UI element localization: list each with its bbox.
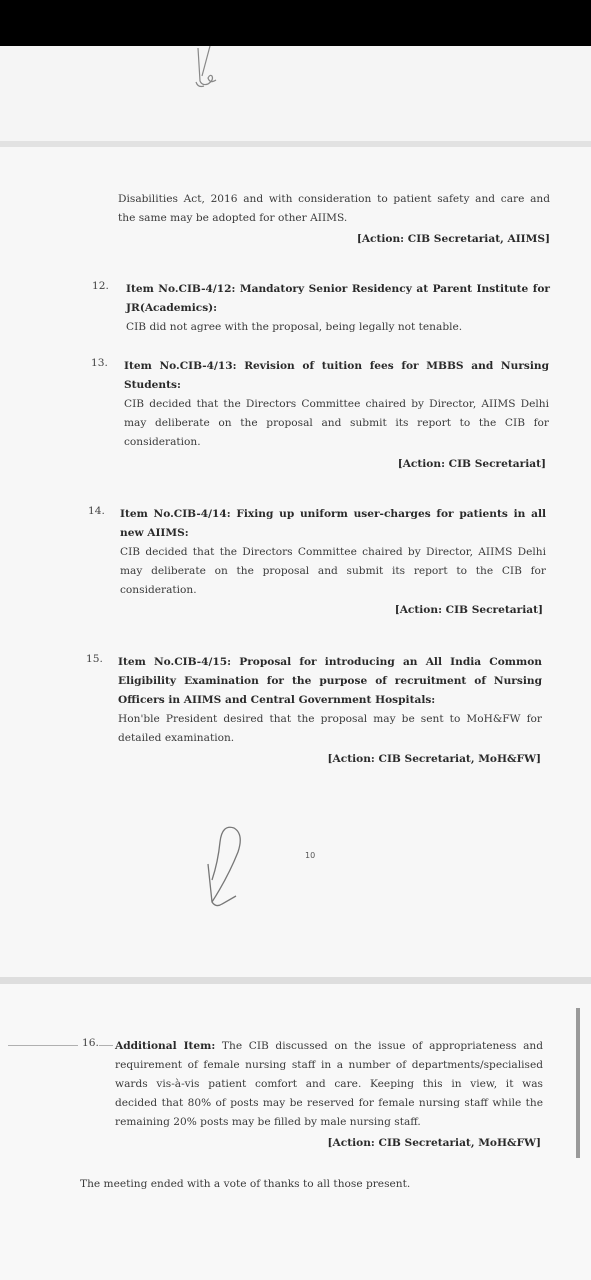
item-body: CIB decided that the Directors Committee…	[124, 395, 549, 414]
item-body: decided that 80% of posts may be reserve…	[115, 1094, 543, 1113]
item-body: requirement of female nursing staff in a…	[115, 1056, 543, 1075]
item-body: may deliberate on the proposal and submi…	[120, 562, 546, 581]
item-heading: new AIIMS:	[120, 524, 546, 543]
item-15: Item No.CIB-4/15: Proposal for introduci…	[118, 653, 542, 748]
item-heading: Item No.CIB-4/13: Revision of tuition fe…	[124, 357, 549, 376]
status-bar	[0, 0, 591, 46]
additional-item: Additional Item: The CIB discussed on th…	[115, 1037, 543, 1132]
item-14: Item No.CIB-4/14: Fixing up uniform user…	[120, 505, 546, 600]
action-note: [Action: CIB Secretariat, MoH&FW]	[328, 1137, 541, 1149]
item-body: remaining 20% posts may be filled by mal…	[115, 1113, 543, 1132]
paragraph-continuation: Disabilities Act, 2016 and with consider…	[118, 190, 550, 228]
document-page	[0, 984, 591, 1280]
item-number: 16.	[82, 1037, 99, 1049]
action-note: [Action: CIB Secretariat]	[395, 604, 543, 616]
item-number: 15.	[86, 653, 103, 665]
item-label: Additional Item:	[115, 1040, 215, 1052]
item-body: wards vis-à-vis patient comfort and care…	[115, 1075, 543, 1094]
item-text: The CIB discussed on the issue of approp…	[215, 1040, 543, 1052]
item-body: consideration.	[124, 433, 549, 452]
margin-line	[99, 1045, 113, 1046]
item-heading: JR(Academics):	[126, 299, 550, 318]
action-note: [Action: CIB Secretariat, MoH&FW]	[328, 753, 541, 765]
item-heading: Item No.CIB-4/12: Mandatory Senior Resid…	[126, 280, 550, 299]
margin-line	[8, 1045, 78, 1046]
item-body: may deliberate on the proposal and submi…	[124, 414, 549, 433]
page-number: 10	[305, 851, 315, 860]
item-body: CIB did not agree with the proposal, bei…	[126, 318, 550, 337]
item-number: 12.	[92, 280, 109, 292]
item-body: detailed examination.	[118, 729, 542, 748]
item-heading: Eligibility Examination for the purpose …	[118, 672, 542, 691]
item-body: consideration.	[120, 581, 546, 600]
page-separator	[0, 977, 591, 984]
scrollbar[interactable]	[576, 1008, 580, 1158]
item-heading: Students:	[124, 376, 549, 395]
action-note: [Action: CIB Secretariat, AIIMS]	[357, 233, 550, 245]
item-number: 13.	[91, 357, 108, 369]
text-line: the same may be adopted for other AIIMS.	[118, 209, 550, 228]
item-heading: Item No.CIB-4/14: Fixing up uniform user…	[120, 505, 546, 524]
closing-remark: The meeting ended with a vote of thanks …	[80, 1175, 410, 1194]
item-heading: Officers in AIIMS and Central Government…	[118, 691, 542, 710]
item-13: Item No.CIB-4/13: Revision of tuition fe…	[124, 357, 549, 452]
signature-icon	[190, 46, 250, 106]
item-12: Item No.CIB-4/12: Mandatory Senior Resid…	[126, 280, 550, 337]
text-line: Disabilities Act, 2016 and with consider…	[118, 190, 550, 209]
page-fragment-top	[0, 46, 591, 141]
signature-icon	[200, 822, 260, 912]
item-body: CIB decided that the Directors Committee…	[120, 543, 546, 562]
item-body: Additional Item: The CIB discussed on th…	[115, 1037, 543, 1056]
item-heading: Item No.CIB-4/15: Proposal for introduci…	[118, 653, 542, 672]
item-number: 14.	[88, 505, 105, 517]
item-body: Hon'ble President desired that the propo…	[118, 710, 542, 729]
action-note: [Action: CIB Secretariat]	[398, 458, 546, 470]
